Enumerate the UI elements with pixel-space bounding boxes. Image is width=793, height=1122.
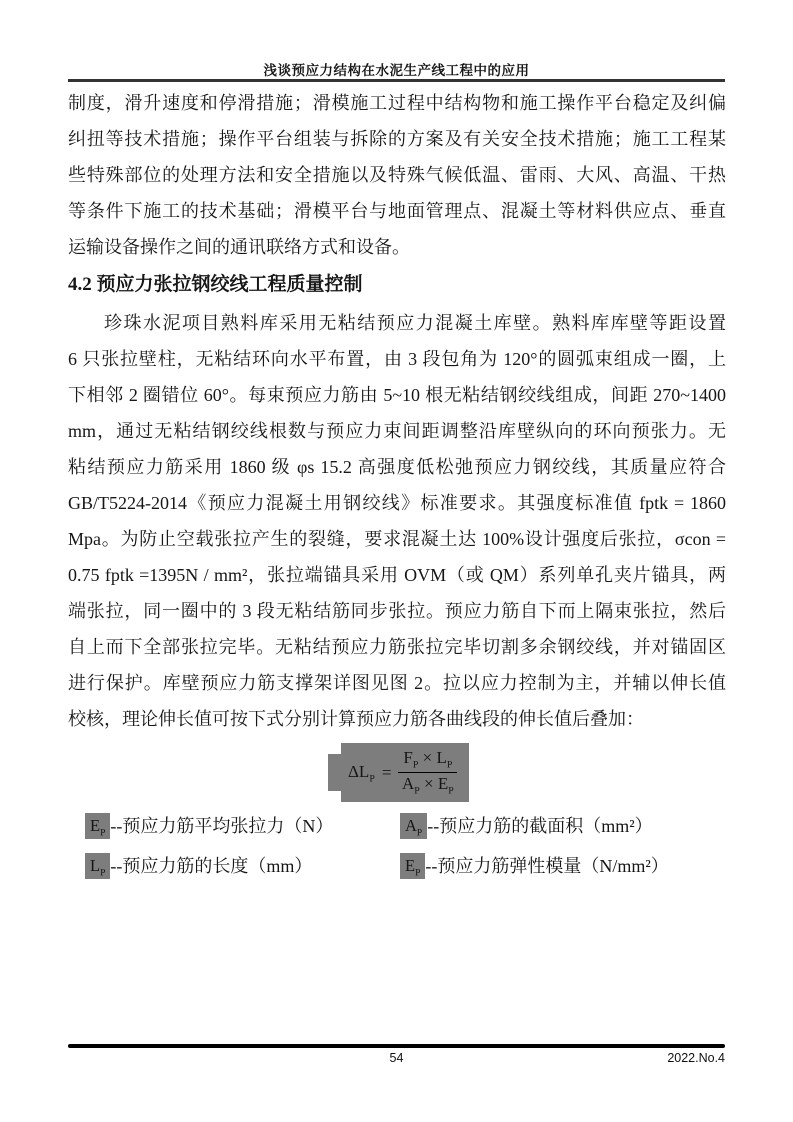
paragraph-1: 制度，滑升速度和停滑措施；滑模施工过程中结构物和施工操作平台稳定及纠偏纠扭等技术… [68, 85, 726, 265]
text-line: 粘结预应力筋采用 1860 级 φs 15.2 高强度低松弛预应力钢绞线，其质量… [68, 449, 726, 485]
definition-text: --预应力筋平均张拉力（N） [110, 813, 333, 840]
text-line: 纠扭等技术措施；操作平台组装与拆除的方案及有关安全技术措施；施工工程某 [68, 121, 726, 157]
text-line: GB/T5224-2014《预应力混凝土用钢绞线》标准要求。其强度标准值 fpt… [68, 485, 726, 521]
text-line: 端张拉，同一圈中的 3 段无粘结筋同步张拉。预应力筋自下而上隔束张拉，然后 [68, 593, 726, 629]
definition-item: EP --预应力筋平均张拉力（N） [85, 813, 400, 840]
page-number: 54 [68, 1051, 725, 1065]
header-rule [68, 79, 725, 82]
text-line: 进行保护。库壁预应力筋支撑架详图见图 2。拉以应力控制为主，并辅以伸长值 [68, 665, 726, 701]
formula-lhs: ΔLP [348, 762, 375, 784]
symbol-badge: LP [85, 853, 110, 879]
text-line: 校核，理论伸长值可按下式分别计算预应力筋各曲线段的伸长值后叠加： [68, 701, 726, 737]
page-footer: 54 2022.No.4 [68, 1044, 725, 1065]
text-line: mm，通过无粘结钢绞线根数与预应力束间距调整沿库壁纵向的环向预张力。无 [68, 413, 726, 449]
text-line: 运输设备操作之间的通讯联络方式和设备。 [68, 229, 726, 265]
text-line: 0.75 fptk =1395N / mm²，张拉端锚具采用 OVM（或 QM）… [68, 557, 726, 593]
text-line: Mpa。为防止空载张拉产生的裂缝，要求混凝土达 100%设计强度后张拉，σcon… [68, 521, 726, 557]
section-heading-4-2: 4.2 预应力张拉钢绞线工程质量控制 [68, 265, 726, 305]
elongation-formula: ΔLP = FP × LP AP × EP [341, 743, 469, 802]
text-line: 6 只张拉壁柱，无粘结环向水平布置，由 3 段包角为 120°的圆弧束组成一圈，… [68, 341, 726, 377]
definition-item: AP --预应力筋的截面积（mm²） [400, 813, 726, 840]
definition-text: --预应力筋弹性模量（N/mm²） [425, 853, 668, 880]
definition-item: LP --预应力筋的长度（mm） [85, 853, 400, 880]
text-line: 制度，滑升速度和停滑措施；滑模施工过程中结构物和施工操作平台稳定及纠偏 [68, 85, 726, 121]
formula-row: ΔLP = FP × LP AP × EP [68, 743, 726, 805]
text-line: 下相邻 2 圈错位 60°。每束预应力筋由 5~10 根无粘结钢绞线组成，间距 … [68, 377, 726, 413]
definition-text: --预应力筋的长度（mm） [110, 853, 312, 880]
definition-item: EP --预应力筋弹性模量（N/mm²） [400, 853, 726, 880]
formula-fraction: FP × LP AP × EP [398, 748, 457, 797]
footer-row: 54 2022.No.4 [68, 1051, 725, 1065]
text-line: 等条件下施工的技术基础；滑模平台与地面管理点、混凝土等材料供应点、垂直 [68, 193, 726, 229]
issue-number: 2022.No.4 [667, 1051, 725, 1065]
footer-rule [68, 1044, 725, 1048]
formula-denominator: AP × EP [398, 773, 457, 797]
document-page: 浅谈预应力结构在水泥生产线工程中的应用 制度，滑升速度和停滑措施；滑模施工过程中… [0, 0, 793, 1122]
text-line: 些特殊部位的处理方法和安全措施以及特殊气候低温、雷雨、大风、高温、干热 [68, 157, 726, 193]
text-line: 珍珠水泥项目熟料库采用无粘结预应力混凝土库壁。熟料库库壁等距设置 [68, 305, 726, 341]
paragraph-2: 珍珠水泥项目熟料库采用无粘结预应力混凝土库壁。熟料库库壁等距设置6 只张拉壁柱，… [68, 305, 726, 737]
symbol-definitions: EP --预应力筋平均张拉力（N） AP --预应力筋的截面积（mm²） LP … [68, 813, 726, 880]
symbol-badge: EP [85, 813, 110, 839]
formula-numerator: FP × LP [398, 748, 457, 773]
definition-text: --预应力筋的截面积（mm²） [427, 813, 652, 840]
text-line: 自上而下全部张拉完毕。无粘结预应力筋张拉完毕切割多余钢绞线，并对锚固区 [68, 629, 726, 665]
page-body: 制度，滑升速度和停滑措施；滑模施工过程中结构物和施工操作平台稳定及纠偏纠扭等技术… [68, 85, 726, 880]
symbol-badge: AP [400, 813, 427, 839]
formula-equals: = [382, 763, 392, 783]
running-header-title: 浅谈预应力结构在水泥生产线工程中的应用 [0, 59, 793, 79]
symbol-badge: EP [400, 853, 425, 879]
